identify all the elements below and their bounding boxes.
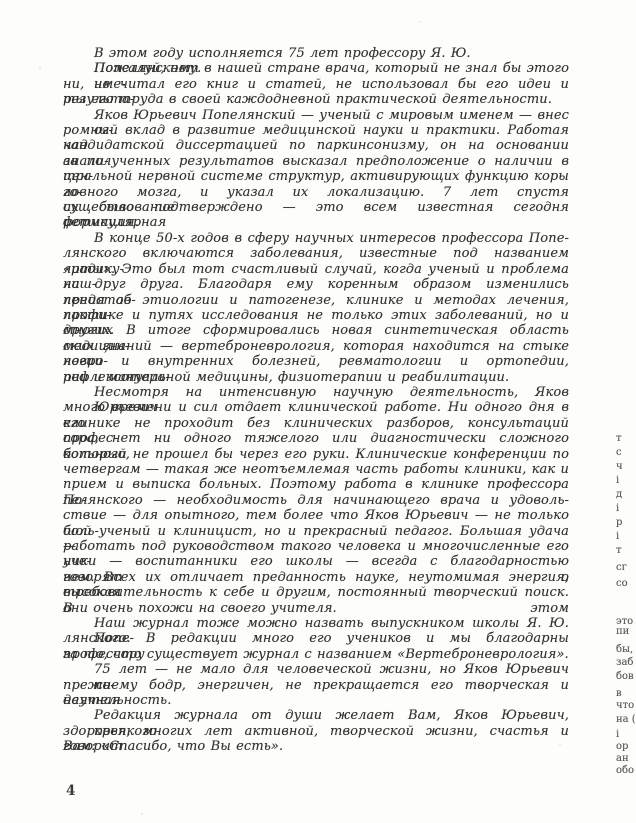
gutter-fragment: т — [616, 545, 622, 556]
text-line: литы». Это был тот счастливый случай, ко… — [63, 262, 569, 277]
text-line: клинике не проходит без клинических разб… — [63, 416, 569, 431]
text-line: требовательность к себе и другим, постоя… — [63, 585, 569, 600]
text-line: лактике и путях исследования не только э… — [63, 308, 569, 323]
gutter-fragment: с — [616, 447, 622, 458]
gutter-fragment: пи — [616, 626, 629, 637]
text-line: Пожалуй, нет в нашей стране врача, котор… — [63, 61, 569, 76]
text-line: Редакция журнала от души желает Вам, Яко… — [63, 708, 569, 723]
gutter-fragment: заб — [616, 657, 633, 668]
text-line: сора, нет ни одного тяжелого или диагнос… — [63, 431, 569, 446]
gutter-fragment: д — [616, 489, 622, 500]
gutter-fragment: бы, — [616, 644, 633, 655]
gutter-fragment: ан — [616, 753, 629, 764]
text-line: лянского включаются заболевания, известн… — [63, 246, 569, 261]
text-line: здоровья, многих лет активной, творческо… — [63, 724, 569, 739]
gutter-fragment: і — [616, 503, 619, 514]
text-line: ствие — для опытного, тем более что Яков… — [63, 508, 569, 523]
gutter-fragment: со — [616, 578, 628, 589]
gutter-fragment: ор — [616, 741, 628, 752]
text-line: работать под руководством такого человек… — [63, 539, 569, 554]
text-line: формация. — [63, 215, 569, 230]
text-line: четвергам — такая же неотъемлемая часть … — [63, 462, 569, 477]
text-line: тральной нервной системе структур, актив… — [63, 169, 569, 184]
gutter-fragment: в — [616, 688, 622, 699]
text-line: который не прошел бы через его руки. Кли… — [63, 447, 569, 462]
page-number: 4 — [66, 783, 75, 799]
gutter-fragment: р — [616, 517, 622, 528]
text-line: много времени и сил отдает клинической р… — [63, 400, 569, 415]
text-line: Несмотря на интенсивную научную деятельн… — [63, 385, 569, 400]
text-line: ления об этиологии и патогенезе, клинике… — [63, 293, 569, 308]
text-line: деятельность. — [63, 693, 569, 708]
gutter-fragment: на ( — [616, 714, 636, 725]
text-line: ники — воспитанники его школы — всегда с… — [63, 554, 569, 569]
gutter-fragment: обо — [616, 765, 634, 776]
gutter-fragment: ч — [616, 461, 623, 472]
text-line: Вам: «Спасибо, что Вы есть». — [63, 739, 569, 754]
text-line: В конце 50-х годов в сферу научных интер… — [63, 231, 569, 246]
text-line: 75 лет — не мало для человеческой жизни,… — [63, 662, 569, 677]
text-line: лянского. В редакции много его учеников … — [63, 631, 569, 646]
text-line: других. В итоге сформировались новая син… — [63, 323, 569, 338]
scanned-journal-page: В этом году исполняется 75 лет профессор… — [0, 0, 636, 823]
text-line: ромный вклад в развитие медицинской наук… — [63, 123, 569, 138]
text-line: ни, не читал его книг и статей, не испол… — [63, 77, 569, 92]
text-line: за полученных результатов высказал предп… — [63, 154, 569, 169]
text-line: пии и мануальной медицины, физиотерапии … — [63, 370, 569, 385]
gutter-fragment: і — [616, 729, 619, 740]
text-line: ты его труда в своей каждодневной практи… — [63, 92, 569, 107]
text-line: прием и выписка больных. Поэтому работа … — [63, 477, 569, 492]
gutter-fragment: т — [616, 433, 622, 444]
gutter-fragment: і — [616, 475, 619, 486]
text-line: кандидатской диссертацией по паркинсониз… — [63, 138, 569, 153]
text-line: шой ученый и клиницист, но и прекрасный … — [63, 524, 569, 539]
text-line: логии и внутренних болезней, ревматологи… — [63, 354, 569, 369]
text-line: ских знаний — вертеброневрология, котора… — [63, 339, 569, 354]
gutter-fragment: бов — [616, 671, 634, 682]
gutter-fragment: сг — [616, 562, 627, 573]
text-line: за то, что существует журнал с названием… — [63, 647, 569, 662]
text-line: их было подтверждено — это всем известна… — [63, 200, 569, 215]
text-line: Наш журнал тоже можно назвать выпускнико… — [63, 616, 569, 631]
article-body: В этом году исполняется 75 лет профессор… — [63, 46, 569, 755]
text-line: ловного мозга, и указал их локализацию. … — [63, 185, 569, 200]
text-line: прежнему бодр, энергичен, не прекращаетс… — [63, 678, 569, 693]
text-line: нем. Всех их отличает преданность науке,… — [63, 570, 569, 585]
text-line: В этом году исполняется 75 лет профессор… — [63, 46, 569, 61]
gutter-fragment: что — [616, 700, 634, 711]
text-line: Яков Юрьевич Попелянский — ученый с миро… — [63, 108, 569, 123]
text-line: ли друг друга. Благодаря ему коренным об… — [63, 277, 569, 292]
gutter-bleed-fragments: тсчідірітсгсоэтопибы,заббоввчтона (іоран… — [614, 0, 636, 823]
gutter-fragment: і — [616, 531, 619, 542]
text-line: пелянского — необходимость для начинающе… — [63, 493, 569, 508]
